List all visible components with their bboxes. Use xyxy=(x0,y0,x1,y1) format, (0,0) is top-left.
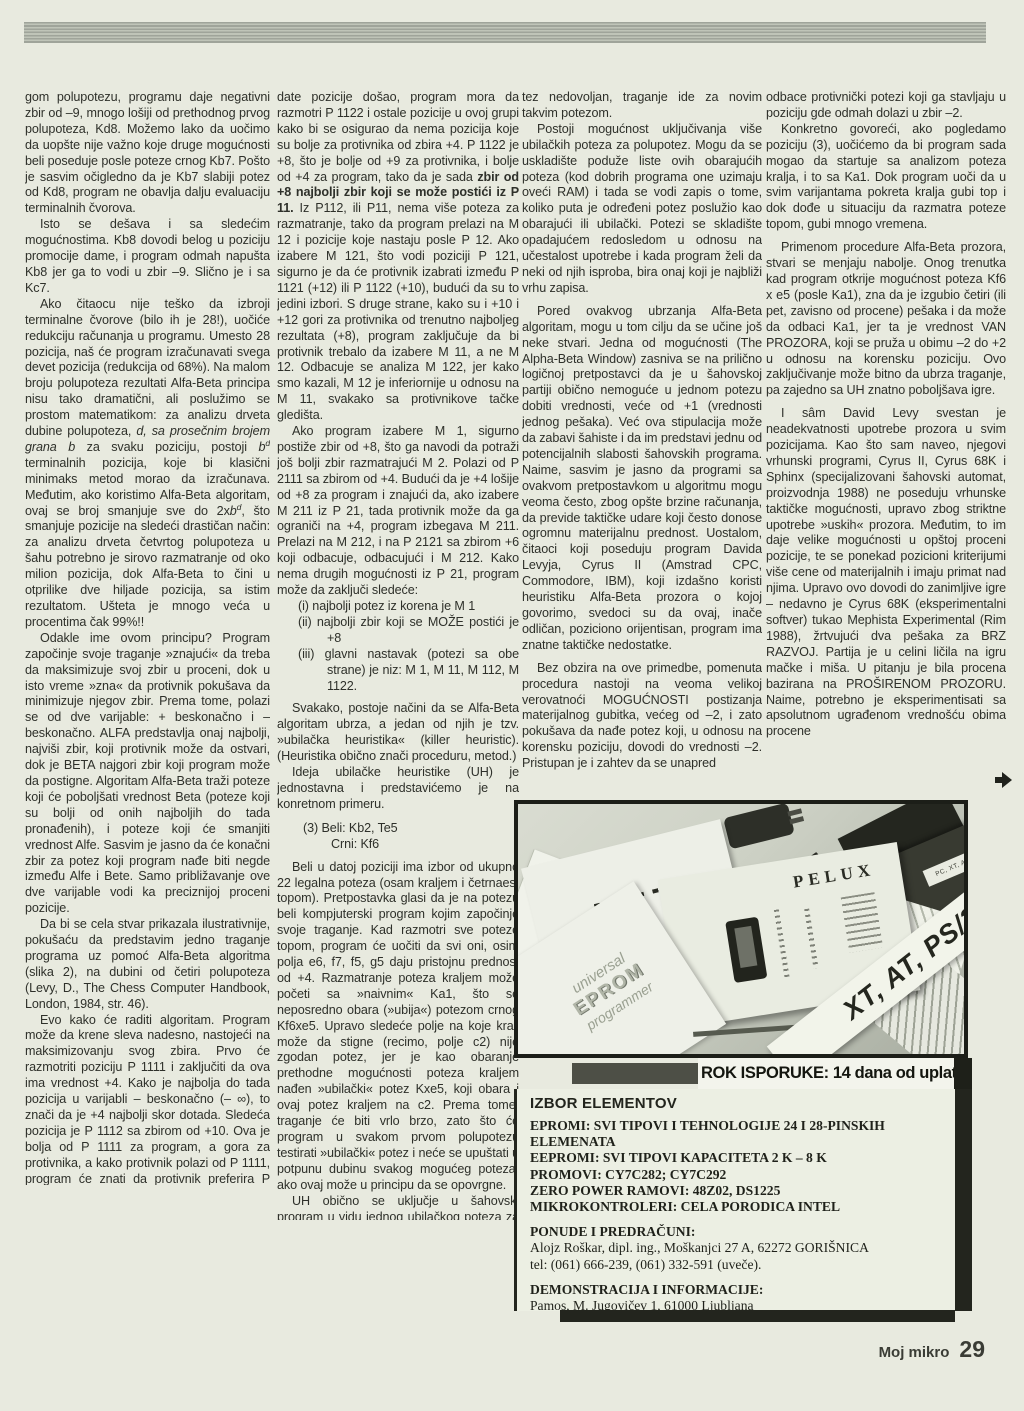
paragraph: Ideja ubilačke heuristike (UH) je jednos… xyxy=(277,765,519,813)
ad-frame-block xyxy=(954,1058,972,1089)
paragraph: Da bi se cela stvar prikazala ilustrativ… xyxy=(25,917,270,1012)
page-number: 29 xyxy=(959,1336,985,1362)
paragraph: Crni: Kf6 xyxy=(331,837,519,853)
paragraph: Ako program izabere M 1, sigurno postiže… xyxy=(277,424,519,599)
ad-title: IZBOR ELEMENTOV xyxy=(530,1095,945,1112)
ad-frame-bottom-bar xyxy=(560,1310,955,1322)
ad-offers-title: PONUDE I PREDRAČUNI: xyxy=(530,1224,945,1240)
magazine-page: { "columns": [ { "paragraphs": [ {"cls":… xyxy=(0,0,1024,1411)
paragraph: tez nedovoljan, traganje ide za novim ta… xyxy=(522,90,762,122)
article-column-3: tez nedovoljan, traganje ide za novim ta… xyxy=(522,90,762,795)
ad-line: MIKROKONTROLERI: CELA PORODICA INTEL xyxy=(530,1199,945,1215)
ad-demo-title: DEMONSTRACIJA I INFORMACIJE: xyxy=(530,1282,945,1298)
article-column-4: odbace protivnički potezi koji ga stavlj… xyxy=(766,90,1006,795)
ad-element-list: EPROMI: SVI TIPOVI I TEHNOLOGIJE 24 I 28… xyxy=(530,1118,945,1215)
ad-line: PROMOVI: CY7C282; CY7C292 xyxy=(530,1167,945,1183)
ad-frame-block xyxy=(572,1063,698,1084)
paragraph: Postoji mogućnost uključivanja više ubil… xyxy=(522,122,762,297)
paragraph: date pozicije došao, program mora da raz… xyxy=(277,90,519,424)
ad-line: ZERO POWER RAMOVI: 48Z02, DS1225 xyxy=(530,1183,945,1199)
ad-line: Alojz Roškar, dipl. ing., Moškanjci 27 A… xyxy=(530,1240,945,1256)
page-footer: Moj mikro29 xyxy=(760,1336,985,1363)
paragraph: Bez obzira na ove primedbe, pomenuta pro… xyxy=(522,661,762,772)
paragraph: gom polupotezu, programu daje negativni … xyxy=(25,90,270,217)
article-column-2: date pozicije došao, program mora da raz… xyxy=(277,90,519,1220)
paragraph: (i) najbolji potez iz korena je M 1 xyxy=(277,599,519,615)
zif-socket xyxy=(725,917,767,983)
paragraph: (3) Beli: Kb2, Te5 xyxy=(303,821,519,837)
panel-print xyxy=(774,909,790,979)
diskette-label: PC, XT, AT xyxy=(923,848,968,886)
ad-line: EPROMI: SVI TIPOVI I TEHNOLOGIJE 24 I 28… xyxy=(530,1118,945,1150)
paragraph: UH obično se uključje u šahovski program… xyxy=(277,1194,519,1220)
paragraph: Evo kako će raditi algoritam. Program mo… xyxy=(25,1013,270,1185)
advertisement: ROK ISPORUKE: 14 dana od uplate. IZBOR E… xyxy=(514,1058,972,1324)
paragraph: Primenom procedure Alfa-Beta prozora, st… xyxy=(766,240,1006,399)
paragraph: (ii) najbolji zbir koji se MOŽE postići … xyxy=(277,615,519,647)
paragraph: Isto se dešava i sa sledećim mogućnostim… xyxy=(25,217,270,297)
paragraph: Beli u datoj poziciji ima izbor od ukupn… xyxy=(277,860,519,1194)
product-photo: PC, XT, AT PELUX universal EPROM program… xyxy=(514,800,968,1058)
top-decorative-bar xyxy=(24,22,986,43)
paragraph: Svakako, postoje načini da se Alfa-Beta … xyxy=(277,701,519,765)
ad-offers: Alojz Roškar, dipl. ing., Moškanjci 27 A… xyxy=(530,1240,945,1272)
paragraph: (iii) glavni nastavak (potezi sa obe str… xyxy=(277,647,519,695)
delivery-banner: ROK ISPORUKE: 14 dana od uplate. xyxy=(698,1058,954,1089)
paragraph: Pored ovakvog ubrzanja Alfa-Beta algorit… xyxy=(522,304,762,654)
continuation-arrow-icon xyxy=(995,772,1012,788)
paragraph: Konkretno govoreći, ako pogledamo pozici… xyxy=(766,122,1006,233)
pelux-logo: PELUX xyxy=(792,860,877,893)
article-column-1: gom polupotezu, programu daje negativni … xyxy=(25,90,270,1185)
ad-line: EEPROMI: SVI TIPOVI KAPACITETA 2 K – 8 K xyxy=(530,1150,945,1166)
paragraph: odbace protivnički potezi koji ga stavlj… xyxy=(766,90,1006,122)
paragraph: I sâm David Levy svestan je neadekvatnos… xyxy=(766,406,1006,740)
paragraph: Ako čitaocu nije teško da izbroji termin… xyxy=(25,297,270,631)
magazine-name: Moj mikro xyxy=(879,1344,950,1361)
panel-print xyxy=(841,892,883,953)
panel-print xyxy=(804,909,818,969)
paragraph: Odakle ime ovom principu? Program započi… xyxy=(25,631,270,917)
ad-line: tel: (061) 666-239, (061) 332-591 (uveče… xyxy=(530,1257,945,1273)
ad-content: IZBOR ELEMENTOV EPROMI: SVI TIPOVI I TEH… xyxy=(514,1089,972,1311)
